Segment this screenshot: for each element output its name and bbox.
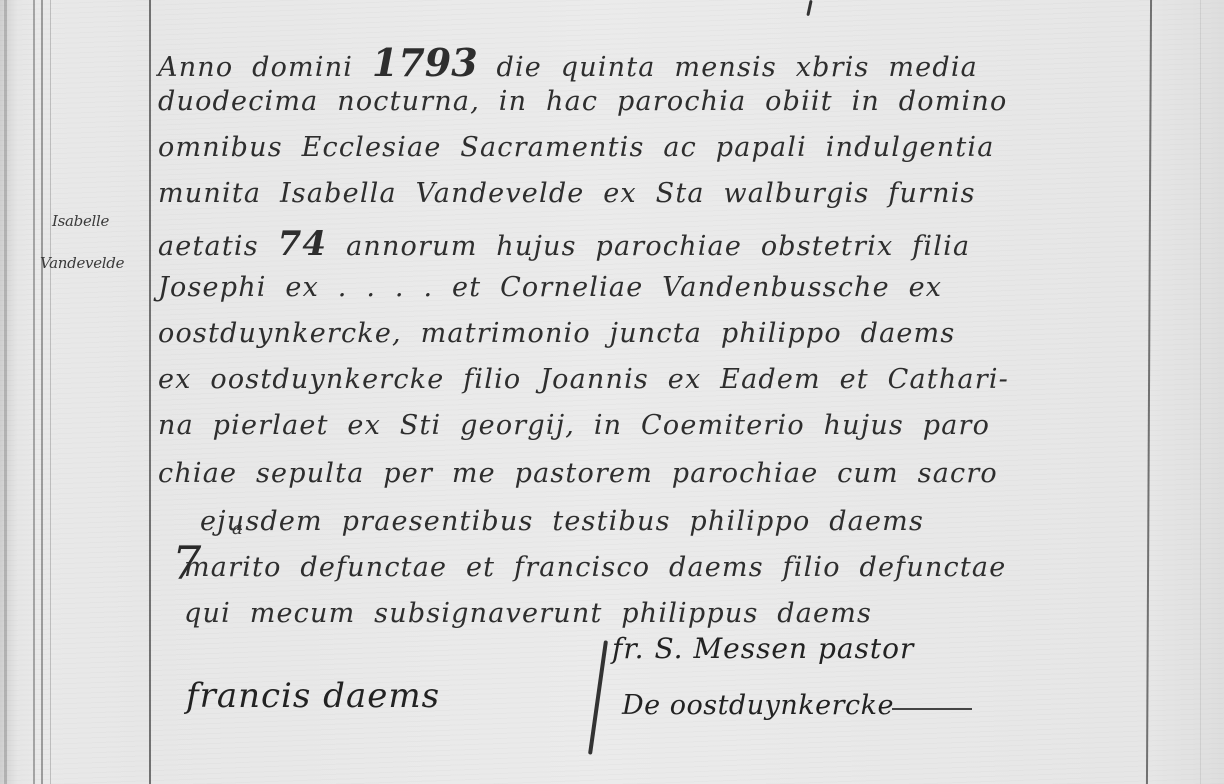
superscript-mark: a [232,518,243,539]
register-page: Isabelle Vandevelde Anno domini 1793 die… [0,0,1224,784]
signature-underline [892,708,972,710]
entry-text: aetatis [158,231,259,262]
margin-note-first-name: Isabelle [40,200,145,242]
right-margin-rule [1146,0,1152,784]
entry-text: annorum hujus parochiae obstetrix filia [346,231,970,262]
page-edge-line [4,0,7,784]
entry-text: die quinta mensis xbris media [496,52,978,83]
pastor-signature: fr. S. Messen pastor [612,632,914,665]
entry-line-1: Anno domini 1793 die quinta mensis xbris… [158,40,978,85]
signature-flourish [588,640,608,754]
binding-line [50,0,51,784]
entry-line-7: oostduynkercke, matrimonio juncta philip… [158,318,955,349]
left-margin-rule [149,0,151,784]
entry-line-10: chiae sepulta per me pastorem parochiae … [158,458,998,489]
ink-stroke-from-previous-entry [806,0,812,16]
entry-age: 74 [278,224,328,264]
entry-line-13: qui mecum subsignaverunt philippus daems [184,598,872,629]
witness-signature: francis daems [186,676,440,716]
entry-line-11: ejusdem praesentibus testibus philippo d… [200,506,924,537]
bracket-mark: 7 [172,536,201,590]
entry-line-9: na pierlaet ex Sti georgij, in Coemiteri… [158,410,990,441]
binding-line [41,0,43,784]
entry-line-5: aetatis 74 annorum hujus parochiae obste… [158,224,970,264]
pastor-signature-place: De oostduynkercke [622,690,894,721]
margin-note-surname: Vandevelde [40,242,145,284]
outer-edge-line [1200,0,1201,784]
entry-line-8: ex oostduynkercke filio Joannis ex Eadem… [158,364,1009,395]
entry-year: 1793 [372,40,478,85]
entry-text: Anno domini [158,52,353,83]
margin-note-name: Isabelle Vandevelde [40,200,145,284]
entry-line-12: marito defunctae et francisco daems fili… [184,552,1006,583]
entry-line-6: Josephi ex . . . . et Corneliae Vandenbu… [158,272,942,303]
binding-line [33,0,35,784]
entry-line-2: duodecima nocturna, in hac parochia obii… [158,86,1007,117]
entry-line-3: omnibus Ecclesiae Sacramentis ac papali … [158,132,995,163]
entry-line-4: munita Isabella Vandevelde ex Sta walbur… [158,178,976,209]
